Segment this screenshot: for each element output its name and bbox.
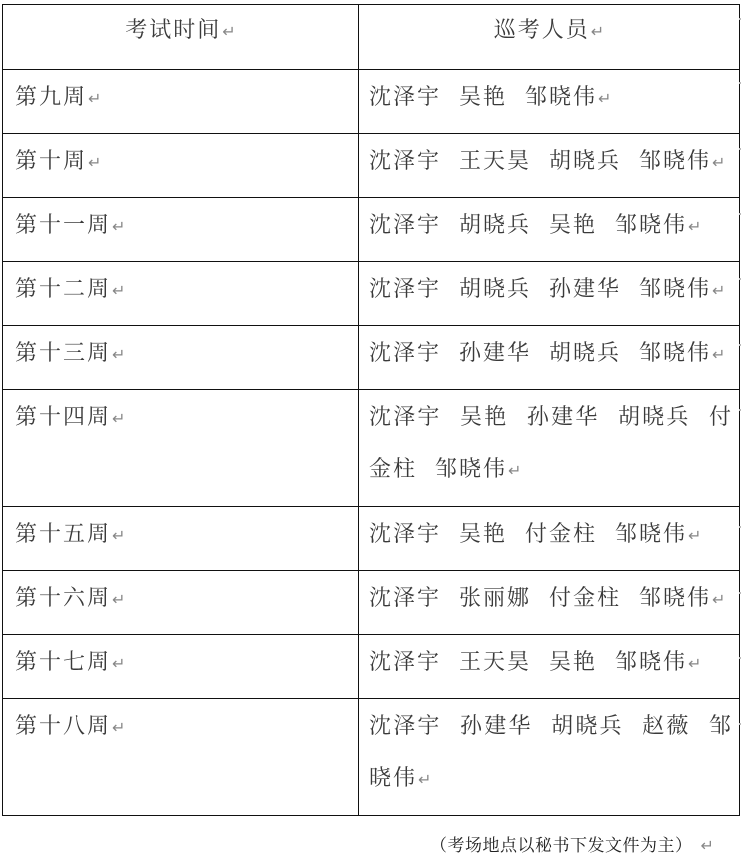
paragraph-mark-icon: [112, 345, 125, 364]
week-label: 第十周: [15, 149, 87, 174]
staff-list: 沈泽宇 胡晓兵 孙建华 邹晓伟: [369, 277, 711, 302]
patrol-staff-cell: 沈泽宇 胡晓兵 孙建华 邹晓伟: [359, 262, 740, 326]
paragraph-mark-icon: [688, 217, 701, 236]
patrol-staff-cell: 沈泽宇 吴艳 邹晓伟: [359, 70, 740, 134]
week-label: 第十七周: [15, 650, 111, 675]
exam-time-cell: 第十周: [3, 134, 359, 198]
paragraph-mark-icon: [591, 22, 604, 41]
table-row: 第十三周 沈泽宇 孙建华 胡晓兵 邹晓伟: [3, 326, 740, 390]
week-label: 第十五周: [15, 522, 111, 547]
header-patrol-staff-label: 巡考人员: [494, 18, 590, 43]
paragraph-mark-icon: [112, 281, 125, 300]
table-row: 第十七周 沈泽宇 王天昊 吴艳 邹晓伟: [3, 635, 740, 699]
staff-list: 沈泽宇 吴艳 付金柱 邹晓伟: [369, 522, 687, 547]
paragraph-mark-icon: [701, 836, 714, 855]
staff-list: 沈泽宇 吴艳 孙建华 胡晓兵 付金柱 邹晓伟: [369, 405, 733, 482]
patrol-staff-cell: 沈泽宇 孙建华 胡晓兵 赵薇 邹晓伟: [359, 699, 740, 816]
paragraph-mark-icon: [508, 461, 521, 480]
paragraph-mark-icon: [88, 89, 101, 108]
paragraph-mark-icon: [688, 526, 701, 545]
week-label: 第十四周: [15, 405, 111, 430]
patrol-schedule-table: 考试时间 巡考人员 第九周 沈泽宇 吴艳 邹晓伟 第十周 沈泽宇 王天昊 胡晓兵…: [2, 4, 740, 816]
table-row: 第十五周 沈泽宇 吴艳 付金柱 邹晓伟: [3, 507, 740, 571]
patrol-staff-cell: 沈泽宇 吴艳 付金柱 邹晓伟: [359, 507, 740, 571]
table-row: 第十八周 沈泽宇 孙建华 胡晓兵 赵薇 邹晓伟: [3, 699, 740, 816]
paragraph-mark-icon: [112, 409, 125, 428]
exam-time-cell: 第十三周: [3, 326, 359, 390]
paragraph-mark-icon: [88, 153, 101, 172]
table-row: 第九周 沈泽宇 吴艳 邹晓伟: [3, 70, 740, 134]
exam-time-cell: 第九周: [3, 70, 359, 134]
header-patrol-staff: 巡考人员: [359, 5, 740, 70]
footnote-text: （考场地点以秘书下发文件为主）: [430, 836, 693, 855]
header-exam-time-label: 考试时间: [125, 18, 221, 43]
exam-time-cell: 第十四周: [3, 390, 359, 507]
paragraph-mark-icon: [222, 22, 235, 41]
header-exam-time: 考试时间: [3, 5, 359, 70]
exam-time-cell: 第十一周: [3, 198, 359, 262]
paragraph-mark-icon: [418, 770, 431, 789]
week-label: 第十三周: [15, 341, 111, 366]
week-label: 第十二周: [15, 277, 111, 302]
paragraph-mark-icon: [712, 153, 725, 172]
staff-list: 沈泽宇 胡晓兵 吴艳 邹晓伟: [369, 213, 687, 238]
week-label: 第十六周: [15, 586, 111, 611]
patrol-staff-cell: 沈泽宇 王天昊 胡晓兵 邹晓伟: [359, 134, 740, 198]
staff-list: 沈泽宇 孙建华 胡晓兵 邹晓伟: [369, 341, 711, 366]
table-row: 第十二周 沈泽宇 胡晓兵 孙建华 邹晓伟: [3, 262, 740, 326]
paragraph-mark-icon: [112, 654, 125, 673]
paragraph-mark-icon: [688, 654, 701, 673]
patrol-staff-cell: 沈泽宇 王天昊 吴艳 邹晓伟: [359, 635, 740, 699]
patrol-staff-cell: 沈泽宇 孙建华 胡晓兵 邹晓伟: [359, 326, 740, 390]
exam-time-cell: 第十五周: [3, 507, 359, 571]
staff-list: 沈泽宇 张丽娜 付金柱 邹晓伟: [369, 586, 711, 611]
exam-time-cell: 第十七周: [3, 635, 359, 699]
paragraph-mark-icon: [112, 217, 125, 236]
paragraph-mark-icon: [712, 281, 725, 300]
paragraph-mark-icon: [712, 590, 725, 609]
table-row: 第十六周 沈泽宇 张丽娜 付金柱 邹晓伟: [3, 571, 740, 635]
paragraph-mark-icon: [712, 345, 725, 364]
patrol-staff-cell: 沈泽宇 胡晓兵 吴艳 邹晓伟: [359, 198, 740, 262]
week-label: 第十一周: [15, 213, 111, 238]
patrol-staff-cell: 沈泽宇 张丽娜 付金柱 邹晓伟: [359, 571, 740, 635]
table-row: 第十一周 沈泽宇 胡晓兵 吴艳 邹晓伟: [3, 198, 740, 262]
table-row: 第十四周 沈泽宇 吴艳 孙建华 胡晓兵 付金柱 邹晓伟: [3, 390, 740, 507]
paragraph-mark-icon: [598, 89, 611, 108]
week-label: 第十八周: [15, 714, 111, 739]
staff-list: 沈泽宇 吴艳 邹晓伟: [369, 85, 597, 110]
paragraph-mark-icon: [112, 526, 125, 545]
paragraph-mark-icon: [112, 718, 125, 737]
exam-time-cell: 第十八周: [3, 699, 359, 816]
exam-time-cell: 第十二周: [3, 262, 359, 326]
header-row: 考试时间 巡考人员: [3, 5, 740, 70]
staff-list: 沈泽宇 王天昊 胡晓兵 邹晓伟: [369, 149, 711, 174]
table-row: 第十周 沈泽宇 王天昊 胡晓兵 邹晓伟: [3, 134, 740, 198]
patrol-staff-cell: 沈泽宇 吴艳 孙建华 胡晓兵 付金柱 邹晓伟: [359, 390, 740, 507]
paragraph-mark-icon: [112, 590, 125, 609]
footnote: （考场地点以秘书下发文件为主）: [430, 831, 714, 855]
exam-time-cell: 第十六周: [3, 571, 359, 635]
week-label: 第九周: [15, 85, 87, 110]
staff-list: 沈泽宇 王天昊 吴艳 邹晓伟: [369, 650, 687, 675]
